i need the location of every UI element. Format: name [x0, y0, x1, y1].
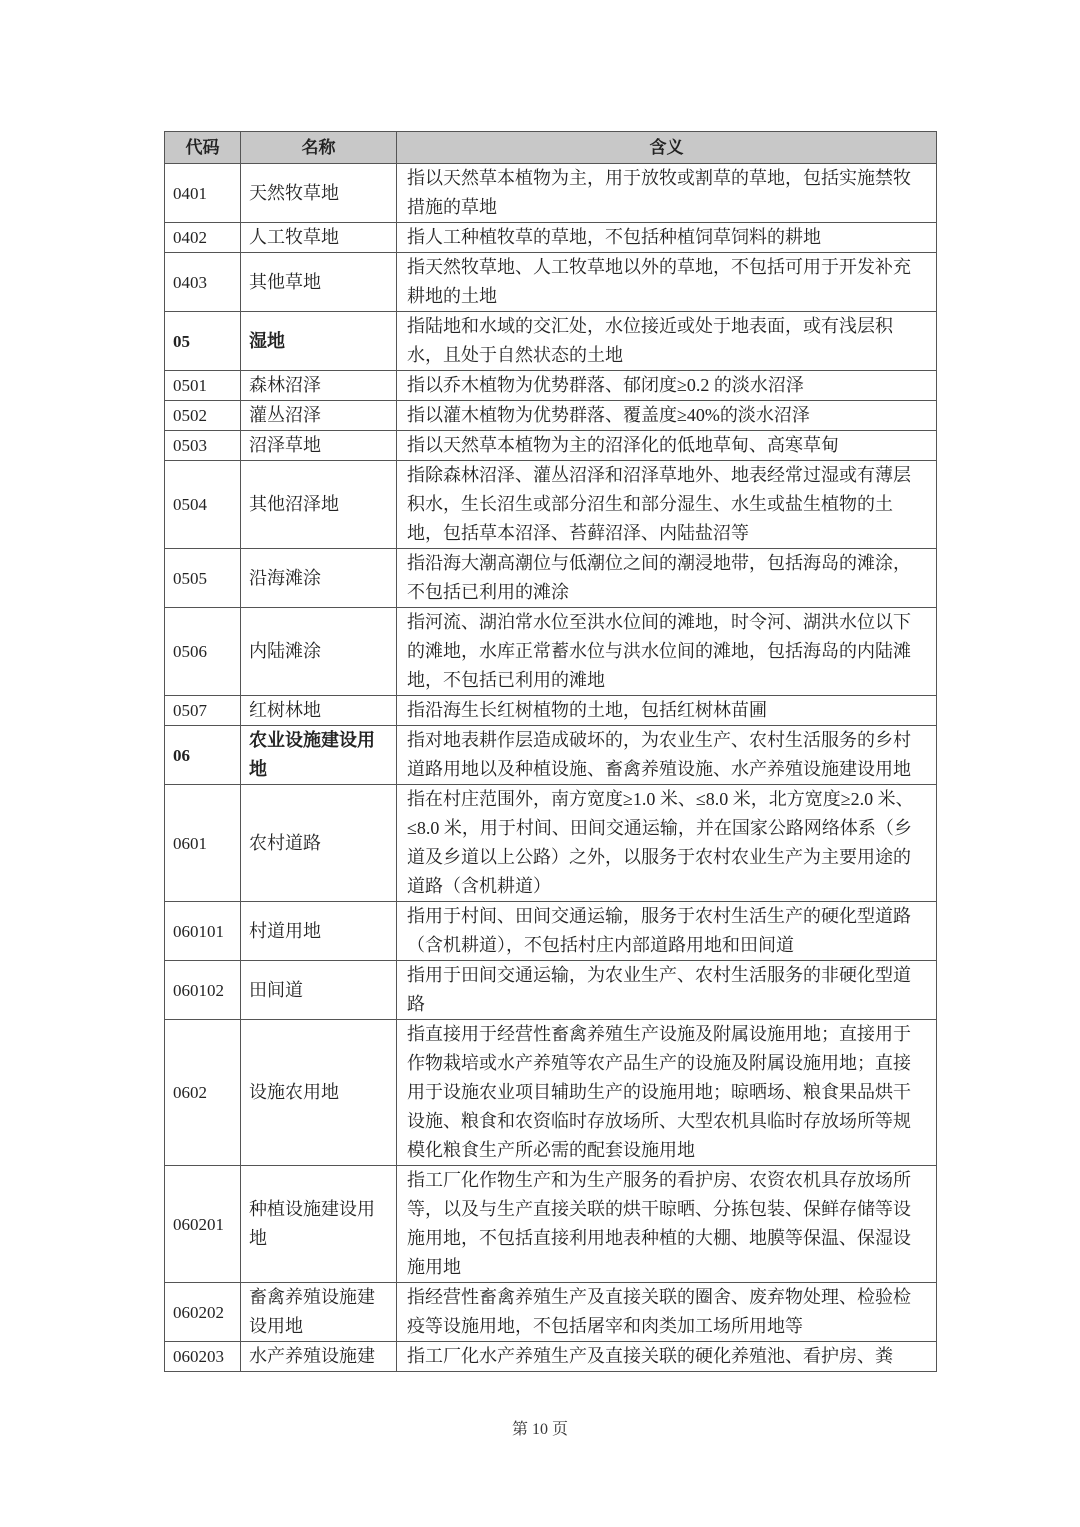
table-row: 0504其他沼泽地指除森林沼泽、灌丛沼泽和沼泽草地外、地表经常过湿或有薄层积水，…	[165, 461, 937, 549]
header-code: 代码	[165, 132, 241, 164]
row-meaning: 指以灌木植物为优势群落、覆盖度≥40%的淡水沼泽	[397, 401, 937, 431]
row-name: 红树林地	[241, 696, 397, 726]
row-meaning: 指陆地和水域的交汇处，水位接近或处于地表面，或有浅层积水，且处于自然状态的土地	[397, 312, 937, 371]
table-row: 0506内陆滩涂指河流、湖泊常水位至洪水位间的滩地，时令河、湖洪水位以下的滩地，…	[165, 608, 937, 696]
row-meaning: 指工厂化作物生产和为生产服务的看护房、农资农机具存放场所等，以及与生产直接关联的…	[397, 1166, 937, 1283]
row-code: 0507	[165, 696, 241, 726]
row-code: 0401	[165, 164, 241, 223]
row-meaning: 指用于田间交通运输，为农业生产、农村生活服务的非硬化型道路	[397, 961, 937, 1020]
table-row: 0602设施农用地指直接用于经营性畜禽养殖生产设施及附属设施用地；直接用于作物栽…	[165, 1020, 937, 1166]
row-meaning: 指沿海大潮高潮位与低潮位之间的潮浸地带，包括海岛的滩涂，不包括已利用的滩涂	[397, 549, 937, 608]
table-row: 0503沼泽草地指以天然草本植物为主的沼泽化的低地草甸、高寒草甸	[165, 431, 937, 461]
row-name: 森林沼泽	[241, 371, 397, 401]
row-meaning: 指以天然草本植物为主，用于放牧或割草的草地，包括实施禁牧措施的草地	[397, 164, 937, 223]
document-page: 代码 名称 含义 0401天然牧草地指以天然草本植物为主，用于放牧或割草的草地，…	[0, 0, 1080, 1527]
row-code: 060203	[165, 1342, 241, 1372]
row-name: 种植设施建设用地	[241, 1166, 397, 1283]
row-meaning: 指在村庄范围外，南方宽度≥1.0 米、≤8.0 米，北方宽度≥2.0 米、≤8.…	[397, 785, 937, 902]
row-code: 0502	[165, 401, 241, 431]
row-name: 灌丛沼泽	[241, 401, 397, 431]
row-meaning: 指直接用于经营性畜禽养殖生产设施及附属设施用地；直接用于作物栽培或水产养殖等农产…	[397, 1020, 937, 1166]
table-row: 0601农村道路指在村庄范围外，南方宽度≥1.0 米、≤8.0 米，北方宽度≥2…	[165, 785, 937, 902]
land-use-classification-table: 代码 名称 含义 0401天然牧草地指以天然草本植物为主，用于放牧或割草的草地，…	[164, 131, 937, 1372]
table-row: 0403其他草地指天然牧草地、人工牧草地以外的草地，不包括可用于开发补充耕地的土…	[165, 253, 937, 312]
row-code: 060202	[165, 1283, 241, 1342]
row-code: 060201	[165, 1166, 241, 1283]
row-name: 沿海滩涂	[241, 549, 397, 608]
row-name: 内陆滩涂	[241, 608, 397, 696]
table-row: 060201种植设施建设用地指工厂化作物生产和为生产服务的看护房、农资农机具存放…	[165, 1166, 937, 1283]
table-row: 060203水产养殖设施建指工厂化水产养殖生产及直接关联的硬化养殖池、看护房、粪	[165, 1342, 937, 1372]
row-meaning: 指河流、湖泊常水位至洪水位间的滩地，时令河、湖洪水位以下的滩地，水库正常蓄水位与…	[397, 608, 937, 696]
row-code: 060102	[165, 961, 241, 1020]
table-row: 0507红树林地指沿海生长红树植物的土地，包括红树林苗圃	[165, 696, 937, 726]
header-meaning: 含义	[397, 132, 937, 164]
table-row: 0505沿海滩涂指沿海大潮高潮位与低潮位之间的潮浸地带，包括海岛的滩涂，不包括已…	[165, 549, 937, 608]
row-meaning: 指工厂化水产养殖生产及直接关联的硬化养殖池、看护房、粪	[397, 1342, 937, 1372]
row-name: 农村道路	[241, 785, 397, 902]
row-name: 湿地	[241, 312, 397, 371]
table-row: 05湿地指陆地和水域的交汇处，水位接近或处于地表面，或有浅层积水，且处于自然状态…	[165, 312, 937, 371]
row-name: 畜禽养殖设施建设用地	[241, 1283, 397, 1342]
row-name: 村道用地	[241, 902, 397, 961]
row-meaning: 指人工种植牧草的草地，不包括种植饲草饲料的耕地	[397, 223, 937, 253]
row-name: 设施农用地	[241, 1020, 397, 1166]
row-meaning: 指经营性畜禽养殖生产及直接关联的圈舍、废弃物处理、检验检疫等设施用地，不包括屠宰…	[397, 1283, 937, 1342]
row-code: 0403	[165, 253, 241, 312]
row-code: 0503	[165, 431, 241, 461]
row-code: 0506	[165, 608, 241, 696]
table-header-row: 代码 名称 含义	[165, 132, 937, 164]
page-number: 第 10 页	[0, 1416, 1080, 1439]
table-row: 060101村道用地指用于村间、田间交通运输，服务于农村生活生产的硬化型道路（含…	[165, 902, 937, 961]
table-body: 0401天然牧草地指以天然草本植物为主，用于放牧或割草的草地，包括实施禁牧措施的…	[165, 164, 937, 1372]
row-name: 田间道	[241, 961, 397, 1020]
row-code: 0501	[165, 371, 241, 401]
row-name: 天然牧草地	[241, 164, 397, 223]
table-row: 0402人工牧草地指人工种植牧草的草地，不包括种植饲草饲料的耕地	[165, 223, 937, 253]
row-code: 06	[165, 726, 241, 785]
row-meaning: 指沿海生长红树植物的土地，包括红树林苗圃	[397, 696, 937, 726]
row-name: 沼泽草地	[241, 431, 397, 461]
row-code: 0601	[165, 785, 241, 902]
table-row: 060102田间道指用于田间交通运输，为农业生产、农村生活服务的非硬化型道路	[165, 961, 937, 1020]
table-row: 0502灌丛沼泽指以灌木植物为优势群落、覆盖度≥40%的淡水沼泽	[165, 401, 937, 431]
row-name: 其他沼泽地	[241, 461, 397, 549]
row-meaning: 指天然牧草地、人工牧草地以外的草地，不包括可用于开发补充耕地的土地	[397, 253, 937, 312]
row-name: 农业设施建设用地	[241, 726, 397, 785]
table-row: 0501森林沼泽指以乔木植物为优势群落、郁闭度≥0.2 的淡水沼泽	[165, 371, 937, 401]
row-code: 060101	[165, 902, 241, 961]
row-name: 其他草地	[241, 253, 397, 312]
row-meaning: 指以天然草本植物为主的沼泽化的低地草甸、高寒草甸	[397, 431, 937, 461]
table-row: 060202畜禽养殖设施建设用地指经营性畜禽养殖生产及直接关联的圈舍、废弃物处理…	[165, 1283, 937, 1342]
row-meaning: 指对地表耕作层造成破坏的，为农业生产、农村生活服务的乡村道路用地以及种植设施、畜…	[397, 726, 937, 785]
row-code: 05	[165, 312, 241, 371]
row-name: 人工牧草地	[241, 223, 397, 253]
row-code: 0505	[165, 549, 241, 608]
table-row: 0401天然牧草地指以天然草本植物为主，用于放牧或割草的草地，包括实施禁牧措施的…	[165, 164, 937, 223]
header-name: 名称	[241, 132, 397, 164]
row-meaning: 指除森林沼泽、灌丛沼泽和沼泽草地外、地表经常过湿或有薄层积水，生长沼生或部分沼生…	[397, 461, 937, 549]
row-meaning: 指以乔木植物为优势群落、郁闭度≥0.2 的淡水沼泽	[397, 371, 937, 401]
row-code: 0602	[165, 1020, 241, 1166]
row-code: 0504	[165, 461, 241, 549]
row-code: 0402	[165, 223, 241, 253]
table-row: 06农业设施建设用地指对地表耕作层造成破坏的，为农业生产、农村生活服务的乡村道路…	[165, 726, 937, 785]
row-name: 水产养殖设施建	[241, 1342, 397, 1372]
row-meaning: 指用于村间、田间交通运输，服务于农村生活生产的硬化型道路（含机耕道），不包括村庄…	[397, 902, 937, 961]
